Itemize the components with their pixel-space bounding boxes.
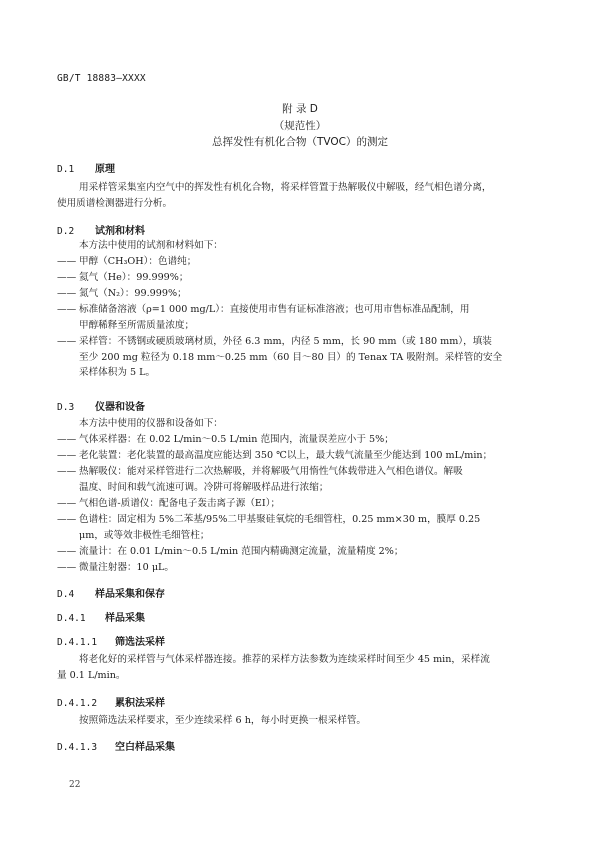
section-number: D.4 xyxy=(57,589,95,600)
list-item: ——微量注射器：10 μL。 xyxy=(57,560,557,576)
annex-title: 附 录 D xyxy=(0,101,600,116)
list-intro-instruments: 本方法中使用的仪器和设备如下： xyxy=(79,416,223,432)
list-item: ——老化装置：老化装置的最高温度应能达到 350 ℃以上，最大载气流量至少能达到… xyxy=(57,448,577,464)
annex-subject: 总挥发性有机化合物（TVOC）的测定 xyxy=(0,134,600,149)
list-item-text: 标准储备溶液（ρ=1 000 mg/L）：直接使用市售有证标准溶液；也可用市售标… xyxy=(79,304,469,315)
section-number: D.4.1.2 xyxy=(57,698,115,709)
paragraph-principle-line1: 用采样管采集室内空气中的挥发性有机化合物，将采样管置于热解吸仪中解吸，经气相色谱… xyxy=(57,180,549,196)
section-number: D.4.1.1 xyxy=(57,637,115,648)
dash-marker: —— xyxy=(57,496,79,512)
section-title: 筛选法采样 xyxy=(115,637,165,648)
list-item-text: 氮气（N₂）：99.999%； xyxy=(79,288,187,299)
section-number: D.1 xyxy=(57,164,95,175)
list-item-continuation: 甲醇稀释至所需质量浓度； xyxy=(57,318,557,334)
dash-marker: —— xyxy=(57,448,79,464)
list-item-continuation: μm，或等效非极性毛细管柱； xyxy=(57,528,557,544)
dash-marker: —— xyxy=(57,464,79,480)
section-title: 试剂和材料 xyxy=(95,226,145,237)
list-item: ——流量计：在 0.01 L/min～0.5 L/min 范围内精确测定流量，流… xyxy=(57,544,557,560)
section-title: 仪器和设备 xyxy=(95,402,145,413)
section-heading-d412: D.4.1.2累积法采样 xyxy=(57,694,165,709)
list-item: ——气体采样器：在 0.02 L/min～0.5 L/min 范围内，流量误差应… xyxy=(57,432,557,448)
paragraph-screening-line2: 量 0.1 L/min。 xyxy=(57,668,549,684)
paragraph-screening-line1: 将老化好的采样管与气体采样器连接。推荐的采样方法参数为连续采样时间至少 45 m… xyxy=(57,652,557,668)
section-title: 空白样品采集 xyxy=(115,742,175,753)
section-number: D.4.1.3 xyxy=(57,742,115,753)
section-heading-d413: D.4.1.3空白样品采集 xyxy=(57,738,175,753)
list-item-text: 色谱柱：固定相为 5%二苯基/95%二甲基聚硅氧烷的毛细管柱，0.25 mm×3… xyxy=(79,514,480,525)
dash-marker: —— xyxy=(57,432,79,448)
list-item-continuation: 温度、时间和载气流速可调。冷阱可将解吸样品进行浓缩； xyxy=(57,480,557,496)
section-title: 原理 xyxy=(95,164,115,175)
paragraph-principle-line2: 使用质谱检测器进行分析。 xyxy=(57,196,549,212)
list-item-text: 气体采样器：在 0.02 L/min～0.5 L/min 范围内，流量误差应小于… xyxy=(79,434,394,445)
dash-marker: —— xyxy=(57,544,79,560)
list-item-text: 氦气（He）：99.999%； xyxy=(79,272,189,283)
standard-code: GB/T 18883—XXXX xyxy=(57,73,146,84)
section-title: 样品采集和保存 xyxy=(95,589,165,600)
list-item: ——氮气（N₂）：99.999%； xyxy=(57,286,529,302)
section-number: D.3 xyxy=(57,402,95,413)
section-heading-d411: D.4.1.1筛选法采样 xyxy=(57,633,165,648)
section-heading-d2: D.2试剂和材料 xyxy=(57,222,145,237)
section-heading-d41: D.4.1样品采集 xyxy=(57,609,145,624)
list-item-text: 老化装置：老化装置的最高温度应能达到 350 ℃以上，最大载气流量至少能达到 1… xyxy=(79,450,492,461)
document-page: GB/T 18883—XXXX 附 录 D （规范性） 总挥发性有机化合物（TV… xyxy=(0,0,600,848)
list-item-text: 微量注射器：10 μL。 xyxy=(79,562,174,573)
dash-marker: —— xyxy=(57,254,79,270)
list-item: ——甲醇（CH₃OH）：色谱纯； xyxy=(57,254,529,270)
list-item: ——标准储备溶液（ρ=1 000 mg/L）：直接使用市售有证标准溶液；也可用市… xyxy=(57,302,557,333)
list-item: ——采样管：不锈钢或硬质玻璃材质，外径 6.3 mm，内径 5 mm，长 90 … xyxy=(57,334,557,381)
dash-marker: —— xyxy=(57,270,79,286)
section-number: D.4.1 xyxy=(57,613,105,624)
section-title: 样品采集 xyxy=(105,613,145,624)
list-item: ——色谱柱：固定相为 5%二苯基/95%二甲基聚硅氧烷的毛细管柱，0.25 mm… xyxy=(57,512,557,543)
list-item-text: 热解吸仪：能对采样管进行二次热解吸，并将解吸气用惰性气体载带进入气相色谱仪。解吸 xyxy=(79,466,463,477)
dash-marker: —— xyxy=(57,286,79,302)
section-heading-d1: D.1原理 xyxy=(57,160,115,175)
annex-type: （规范性） xyxy=(0,118,600,133)
section-heading-d3: D.3仪器和设备 xyxy=(57,398,145,413)
page-number: 22 xyxy=(69,780,80,790)
list-item-text: 气相色谱-质谱仪：配备电子轰击离子源（EI）； xyxy=(79,498,280,509)
list-item: ——气相色谱-质谱仪：配备电子轰击离子源（EI）； xyxy=(57,496,557,512)
list-item-continuation: 至少 200 mg 粒径为 0.18 mm～0.25 mm（60 目～80 目）… xyxy=(57,350,557,366)
list-item-text: 流量计：在 0.01 L/min～0.5 L/min 范围内精确测定流量，流量精… xyxy=(79,546,403,557)
list-item-text: 甲醇（CH₃OH）：色谱纯； xyxy=(79,256,196,267)
dash-marker: —— xyxy=(57,334,79,350)
dash-marker: —— xyxy=(57,560,79,576)
list-item-continuation: 采样体积为 5 L。 xyxy=(57,365,557,381)
section-number: D.2 xyxy=(57,226,95,237)
dash-marker: —— xyxy=(57,512,79,528)
list-intro-reagents: 本方法中使用的试剂和材料如下： xyxy=(79,238,223,254)
list-item: ——氦气（He）：99.999%； xyxy=(57,270,529,286)
dash-marker: —— xyxy=(57,302,79,318)
section-title: 累积法采样 xyxy=(115,698,165,709)
list-item: ——热解吸仪：能对采样管进行二次热解吸，并将解吸气用惰性气体载带进入气相色谱仪。… xyxy=(57,464,557,495)
list-item-text: 采样管：不锈钢或硬质玻璃材质，外径 6.3 mm，内径 5 mm，长 90 mm… xyxy=(79,336,492,347)
paragraph-cumulative: 按照筛选法采样要求，至少连续采样 6 h，每小时更换一根采样管。 xyxy=(57,713,549,729)
section-heading-d4: D.4样品采集和保存 xyxy=(57,585,165,600)
